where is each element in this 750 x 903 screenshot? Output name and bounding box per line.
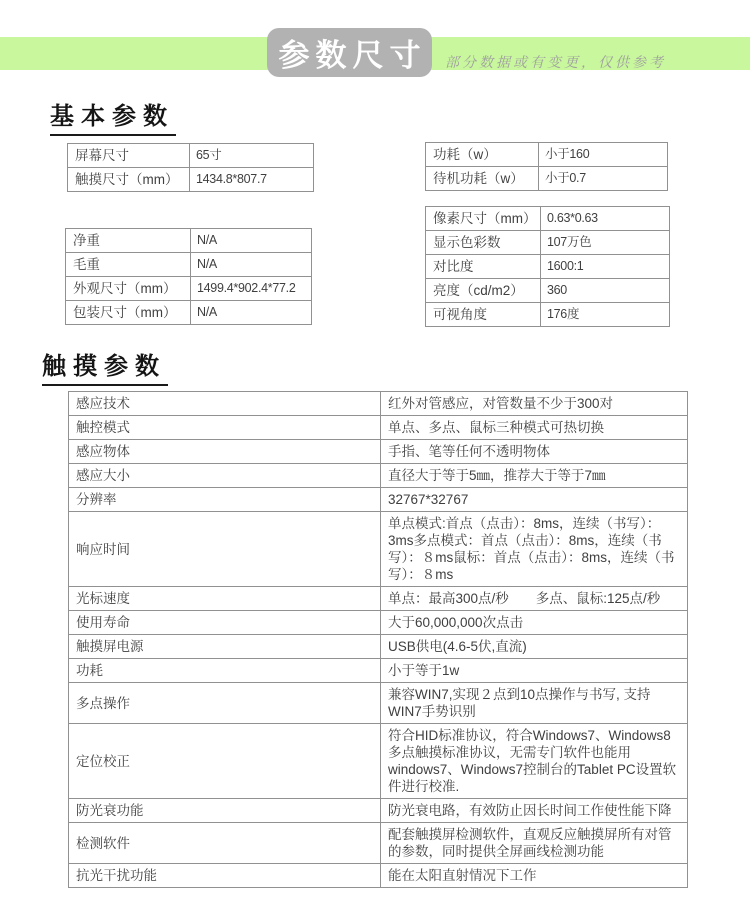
spec-row: 防光衰功能防光衰电路，有效防止因长时间工作使性能下降 — [69, 799, 688, 823]
spec-value-cell: 单点模式:首点（点击）：8ms，连续（书写）：3ms多点模式：首点（点击）：8m… — [381, 512, 688, 587]
spec-label-cell: 光标速度 — [69, 587, 381, 611]
spec-value-cell: 红外对管感应，对管数量不少于300对 — [381, 392, 688, 416]
spec-row: 对比度1600:1 — [426, 255, 670, 279]
spec-label-cell: 显示色彩数 — [426, 231, 541, 255]
spec-label-cell: 净重 — [66, 229, 191, 253]
spec-label-cell: 屏幕尺寸 — [68, 144, 190, 168]
spec-label-cell: 防光衰功能 — [69, 799, 381, 823]
spec-value-cell: USB供电(4.6-5伏,直流) — [381, 635, 688, 659]
spec-row: 分辨率32767*32767 — [69, 488, 688, 512]
spec-value-cell: 单点：最高300点/秒 多点、鼠标:125点/秒 — [381, 587, 688, 611]
spec-label-cell: 抗光干扰功能 — [69, 864, 381, 888]
spec-label-cell: 亮度（cd/m2） — [426, 279, 541, 303]
spec-label-cell: 包装尺寸（mm） — [66, 301, 191, 325]
spec-row: 抗光干扰功能能在太阳直射情况下工作 — [69, 864, 688, 888]
display-specs-table: 像素尺寸（mm）0.63*0.63显示色彩数107万色对比度1600:1亮度（c… — [425, 206, 670, 327]
spec-label-cell: 对比度 — [426, 255, 541, 279]
spec-label-cell: 功耗 — [69, 659, 381, 683]
spec-label-cell: 感应物体 — [69, 440, 381, 464]
spec-row: 外观尺寸（mm）1499.4*902.4*77.2 — [66, 277, 312, 301]
spec-row: 显示色彩数107万色 — [426, 231, 670, 255]
spec-value-cell: 兼容WIN7,实现２点到10点操作与书写, 支持WIN7手势识别 — [381, 683, 688, 724]
spec-row: 触控模式单点、多点、鼠标三种模式可热切换 — [69, 416, 688, 440]
spec-row: 像素尺寸（mm）0.63*0.63 — [426, 207, 670, 231]
spec-value-cell: 符合HID标准协议，符合Windows7、Windows8多点触摸标准协议，无需… — [381, 724, 688, 799]
spec-value-cell: 小于等于1w — [381, 659, 688, 683]
spec-label-cell: 待机功耗（w） — [426, 167, 539, 191]
spec-label-cell: 检测软件 — [69, 823, 381, 864]
spec-value-cell: N/A — [191, 229, 312, 253]
spec-value-cell: 107万色 — [541, 231, 670, 255]
spec-label-cell: 可视角度 — [426, 303, 541, 327]
header-disclaimer-note: 部分数据或有变更，仅供参考 — [445, 52, 666, 72]
spec-row: 触摸屏电源USB供电(4.6-5伏,直流) — [69, 635, 688, 659]
spec-label-cell: 响应时间 — [69, 512, 381, 587]
spec-value-cell: 手指、笔等任何不透明物体 — [381, 440, 688, 464]
section-title-touch-params: 触摸参数 — [42, 346, 168, 386]
spec-row: 功耗小于等于1w — [69, 659, 688, 683]
spec-value-cell: 能在太阳直射情况下工作 — [381, 864, 688, 888]
spec-row: 功耗（w）小于160 — [426, 143, 668, 167]
spec-sheet-page: 参数尺寸 部分数据或有变更，仅供参考 基本参数 屏幕尺寸65寸触摸尺寸（mm）1… — [0, 0, 750, 903]
screen-size-table: 屏幕尺寸65寸触摸尺寸（mm）1434.8*807.7 — [67, 143, 314, 192]
spec-label-cell: 功耗（w） — [426, 143, 539, 167]
spec-row: 待机功耗（w）小于0.7 — [426, 167, 668, 191]
spec-value-cell: 小于0.7 — [539, 167, 668, 191]
spec-row: 包装尺寸（mm）N/A — [66, 301, 312, 325]
spec-label-cell: 像素尺寸（mm） — [426, 207, 541, 231]
spec-row: 感应物体手指、笔等任何不透明物体 — [69, 440, 688, 464]
spec-label-cell: 使用寿命 — [69, 611, 381, 635]
weight-dimensions-table: 净重N/A毛重N/A外观尺寸（mm）1499.4*902.4*77.2包装尺寸（… — [65, 228, 312, 325]
spec-value-cell: 1600:1 — [541, 255, 670, 279]
spec-value-cell: 360 — [541, 279, 670, 303]
spec-row: 光标速度单点：最高300点/秒 多点、鼠标:125点/秒 — [69, 587, 688, 611]
spec-value-cell: 单点、多点、鼠标三种模式可热切换 — [381, 416, 688, 440]
spec-row: 感应大小直径大于等于5㎜，推荐大于等于7㎜ — [69, 464, 688, 488]
spec-row: 检测软件配套触摸屏检测软件，直观反应触摸屏所有对管的参数，同时提供全屏画线检测功… — [69, 823, 688, 864]
spec-row: 毛重N/A — [66, 253, 312, 277]
spec-label-cell: 多点操作 — [69, 683, 381, 724]
spec-value-cell: 1499.4*902.4*77.2 — [191, 277, 312, 301]
spec-value-cell: 176度 — [541, 303, 670, 327]
spec-row: 可视角度176度 — [426, 303, 670, 327]
section-title-basic-params: 基本参数 — [50, 96, 176, 136]
spec-row: 感应技术红外对管感应，对管数量不少于300对 — [69, 392, 688, 416]
spec-label-cell: 外观尺寸（mm） — [66, 277, 191, 301]
page-title: 参数尺寸 — [273, 30, 427, 75]
spec-row: 使用寿命大于60,000,000次点击 — [69, 611, 688, 635]
spec-label-cell: 触摸屏电源 — [69, 635, 381, 659]
spec-value-cell: 大于60,000,000次点击 — [381, 611, 688, 635]
touch-specs-table: 感应技术红外对管感应，对管数量不少于300对触控模式单点、多点、鼠标三种模式可热… — [68, 391, 688, 888]
spec-label-cell: 分辨率 — [69, 488, 381, 512]
spec-row: 触摸尺寸（mm）1434.8*807.7 — [68, 168, 314, 192]
spec-row: 响应时间单点模式:首点（点击）：8ms，连续（书写）：3ms多点模式：首点（点击… — [69, 512, 688, 587]
spec-value-cell: 65寸 — [190, 144, 314, 168]
spec-row: 多点操作兼容WIN7,实现２点到10点操作与书写, 支持WIN7手势识别 — [69, 683, 688, 724]
spec-value-cell: N/A — [191, 253, 312, 277]
spec-value-cell: 0.63*0.63 — [541, 207, 670, 231]
spec-row: 亮度（cd/m2）360 — [426, 279, 670, 303]
spec-value-cell: 配套触摸屏检测软件，直观反应触摸屏所有对管的参数，同时提供全屏画线检测功能 — [381, 823, 688, 864]
spec-value-cell: 32767*32767 — [381, 488, 688, 512]
power-consumption-table: 功耗（w）小于160待机功耗（w）小于0.7 — [425, 142, 668, 191]
spec-row: 净重N/A — [66, 229, 312, 253]
spec-row: 定位校正符合HID标准协议，符合Windows7、Windows8多点触摸标准协… — [69, 724, 688, 799]
spec-value-cell: 直径大于等于5㎜，推荐大于等于7㎜ — [381, 464, 688, 488]
spec-row: 屏幕尺寸65寸 — [68, 144, 314, 168]
spec-label-cell: 触控模式 — [69, 416, 381, 440]
spec-value-cell: 1434.8*807.7 — [190, 168, 314, 192]
spec-value-cell: 防光衰电路，有效防止因长时间工作使性能下降 — [381, 799, 688, 823]
spec-label-cell: 定位校正 — [69, 724, 381, 799]
header-title-box: 参数尺寸 — [267, 28, 432, 77]
spec-label-cell: 感应技术 — [69, 392, 381, 416]
spec-label-cell: 触摸尺寸（mm） — [68, 168, 190, 192]
spec-label-cell: 毛重 — [66, 253, 191, 277]
spec-label-cell: 感应大小 — [69, 464, 381, 488]
spec-value-cell: 小于160 — [539, 143, 668, 167]
spec-value-cell: N/A — [191, 301, 312, 325]
